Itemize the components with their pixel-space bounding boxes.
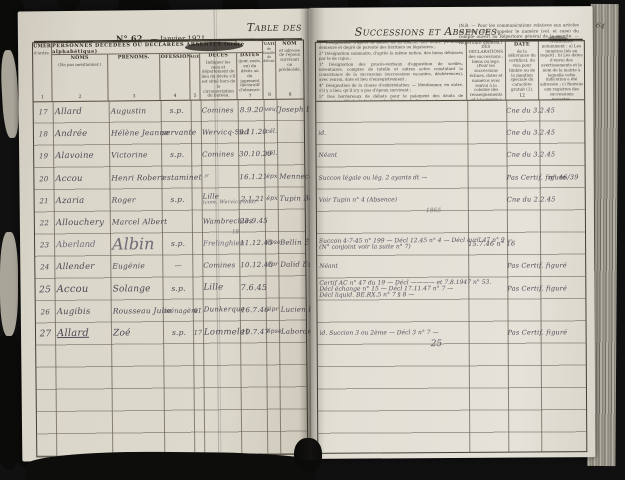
prenoms-cell: Roger: [112, 189, 164, 212]
renseignements-cell: Succon légale ou lég. 2 ayants dt —: [319, 167, 467, 190]
situation-cell: épse: [266, 232, 279, 254]
col-header-observations: OBSERVATIONS. Mentionner notamment : a) …: [539, 41, 584, 99]
row-number: 23: [35, 234, 54, 256]
rens-line: 1° Désignation, d'après la notice de la …: [317, 42, 465, 50]
register-page-right: Successions et Absences. (N.B. — Pour le…: [309, 6, 596, 459]
col-header-lieu: LIEU DU DÉCÈS Indiquer les nom et départ…: [200, 53, 237, 99]
rens-text: id.: [318, 130, 466, 137]
col-header-situation: SITUATION de famille du défunt. 8: [263, 41, 277, 99]
rens-line: 2° Désignation sommaire, d'après la même…: [317, 50, 465, 61]
col-sub: Indiquer les nom et département du lieu …: [201, 60, 235, 99]
table-row: 18 Andrée Hélène Jeanne servante Wervicq…: [34, 121, 304, 146]
lieu-main: Wambrechies: [203, 218, 240, 225]
lieu-cell: Comines: [203, 255, 240, 278]
rens-text: (N° conjoint voir la suite n° 7): [319, 244, 467, 251]
profession-cell: servante: [162, 122, 192, 145]
table-row: Cne du 3.2.45: [316, 99, 584, 123]
certificat-cell: Pas Certif. figure: [507, 166, 540, 188]
rens-line: 4° Désignation de la clause d'exhérédati…: [317, 82, 465, 93]
prenoms-cell: Henri Robert: [111, 167, 163, 190]
lieu-main: Lommelet: [204, 328, 241, 337]
row-number: 20: [34, 168, 53, 190]
col-header-prenoms: PRÉNOMS. 3: [108, 54, 160, 101]
situation-cell: veuf: [265, 99, 278, 121]
stray-year-mark: 1865: [426, 207, 441, 214]
table-row: 19 Alavoine Victorine s.p. Comines 30.10…: [34, 143, 304, 168]
date-cell: 23.9.45: [240, 210, 266, 232]
nom-cell: Accou: [55, 167, 111, 190]
profession-cell: —: [163, 255, 193, 278]
prenoms-cell: Rousseau Julie: [113, 300, 165, 323]
certificat-cell: Cne du 3.2.45: [506, 99, 539, 121]
col-num: 8: [268, 93, 271, 98]
profession-cell: s.p.: [163, 189, 193, 212]
lieu-sup-note: 18: [232, 230, 239, 236]
lieu-main: 〃: [202, 173, 239, 180]
table-row: id. Succion 3 ou 2ème — Décl 3 n° 7 — Pa…: [318, 321, 586, 345]
table-row: 23 Aberland Albin s.p. Frelinghien18 11.…: [35, 232, 305, 257]
date-cell: 9.11.20: [239, 121, 265, 143]
col-num: 12: [519, 94, 525, 99]
table-row: 21 Azaria Roger s.p. Lille(com. Wervicq-…: [35, 187, 305, 212]
certificat-cell: Cne du 3.2.45: [506, 144, 539, 166]
profession-cell: s.p.: [163, 233, 193, 256]
torn-bottom-edge: [26, 451, 316, 480]
row-number: 21: [35, 190, 54, 212]
lieu-cell: Lille(com. Wervicq-Sud): [203, 188, 240, 211]
nom-cell: Andrée: [55, 123, 111, 146]
col-label: PROFESSIONS.: [160, 55, 190, 61]
date-cell: 30.10.20: [239, 143, 265, 165]
profession-cell: s.p.: [162, 100, 192, 123]
register-page-left: N° 62. — Janvier 1921. Table des NUMÉRO …: [18, 8, 315, 461]
spread-title-left: Table des: [247, 21, 302, 35]
situation-cell: épr: [266, 254, 279, 276]
folio-number: 64: [595, 21, 605, 31]
left-table-header: NUMÉRO d'ordre. 1 PERSONNES DÉCÉDÉES OU …: [33, 41, 304, 103]
renseignements-cell: Néant: [319, 255, 467, 278]
table-row: 17 Allard Augustin s.p. Comines 8.9.20 v…: [34, 99, 304, 124]
lieu-cell: Lommelet: [204, 321, 241, 344]
paper-sliver: [0, 232, 18, 336]
certificat-cell: Pas Certif. figuré: [508, 321, 541, 343]
situation-cell: épse: [267, 321, 280, 343]
rens-line: 3° Désignation des procès-verbaux d'appo…: [317, 61, 465, 82]
lieu-cell: 〃: [202, 166, 239, 189]
col-sub: (Ne pas mentionner.): [58, 62, 101, 67]
renseignements-cell: Succon 4-7-45 n° 199 — Décl 12.45 n° 4 —…: [319, 233, 467, 256]
row-number: 26: [36, 301, 55, 323]
age-cell: 61: [193, 299, 203, 321]
col-label: SITUATION: [263, 42, 277, 46]
date-cell: 2.1.21: [240, 188, 266, 210]
situation-cell: cél.: [265, 143, 278, 165]
right-table-rows: Cne du 3.2.45 id. Cne du 3.2.45 Néant Cn…: [316, 99, 586, 453]
col-header-noms: NOMS (Ne pas mentionner.) 2: [52, 55, 108, 102]
nom-cell: Augibis: [57, 300, 113, 323]
prenoms-cell: Solange: [112, 278, 164, 301]
lieu-main: Comines: [202, 151, 239, 158]
date-cell: 19.7.47: [241, 321, 267, 343]
lieu-main: Frelinghien: [203, 240, 240, 247]
age-cell: 17: [193, 322, 203, 344]
profession-cell: s.p.: [164, 322, 194, 345]
lieu-cell: Comines: [202, 144, 239, 167]
col-header-dates: DATES (jour, mois, an) du décès ou du ju…: [237, 53, 263, 99]
date-cell: 10.12.45: [240, 254, 266, 276]
left-table-rows: 17 Allard Augustin s.p. Comines 8.9.20 v…: [34, 99, 308, 457]
certificat-cell: Cne du 2.2.45: [507, 188, 540, 210]
declaration-cell: 15.7.46 n° 16: [468, 233, 507, 255]
lieu-cell: Dunkerque: [204, 299, 241, 322]
certificat-cell: Cne du 3.2.45: [506, 122, 539, 144]
col-num: 3: [133, 94, 136, 99]
col-header-professions: PROFESSIONS. 4: [160, 54, 190, 100]
table-row: Néant Pas Certif. figuré: [317, 255, 585, 279]
lieu-sub: (com. Wervicq-Sud): [203, 200, 240, 205]
certificat-cell: Pas Certif. figuré: [507, 255, 540, 277]
row-number: 27: [36, 323, 55, 345]
prenoms-cell: Victorine: [111, 144, 163, 167]
situation-cell: épx: [266, 188, 279, 210]
col-sub: DES DÉCLARATIONS des successions ; biens…: [468, 45, 504, 100]
renseignements-cell: id.: [318, 122, 466, 145]
nom-cell: Allard: [55, 101, 111, 124]
col-num: 1: [41, 95, 44, 100]
prenoms-cell: Eugénie: [112, 255, 164, 278]
table-row: Succon 4-7-45 n° 199 — Décl 12.45 n° 4 —…: [317, 232, 585, 256]
prenoms-cell: Zoé: [113, 322, 165, 345]
col-label: NUMÉRO: [33, 44, 53, 50]
prenoms-cell: Hélène Jeanne: [111, 122, 163, 145]
title-fragment: Table des: [247, 21, 302, 35]
col-header-renseignements: RENSEIGNEMENTS DIVERS. 1° Désignation, d…: [316, 42, 467, 101]
table-row: Voir Tupin n° 4 (Absence) Cne du 2.2.45: [317, 188, 585, 212]
row-number: 25: [35, 279, 54, 301]
lieu-cell: Wervicq-Sud: [202, 121, 239, 144]
lieu-main: Wervicq-Sud: [202, 129, 239, 136]
nom-cell: Azaria: [56, 189, 112, 212]
col-num: 9: [289, 93, 292, 98]
certificat-cell: Pas Certif. figuré: [507, 277, 540, 299]
col-label: NOMS: [71, 56, 89, 62]
situation-cell: épr: [267, 299, 280, 321]
col-num: 4: [174, 94, 177, 99]
date-cell: 8.9.20: [239, 99, 265, 121]
col-label: NOM: [282, 42, 297, 48]
table-row: Succon légale ou lég. 2 ayants dt — Pas …: [317, 166, 585, 190]
binding-shadow: [299, 6, 325, 460]
date-cell: 16.1.21: [239, 166, 265, 188]
profession-cell: s.p.: [162, 144, 192, 167]
lieu-main: Comines: [203, 262, 240, 269]
right-table: RENSEIGNEMENTS DIVERS. 1° Désignation, d…: [315, 40, 588, 454]
left-table: NUMÉRO d'ordre. 1 PERSONNES DÉCÉDÉES OU …: [32, 40, 308, 458]
prenoms-cell: Albin: [112, 233, 164, 256]
row-number: 19: [34, 146, 53, 168]
table-row: 20 Accou Henri Robert estaminet 〃 16.1.2…: [34, 165, 304, 190]
col-header-certificat: DATE de la délivrance du certificat, du …: [506, 41, 539, 99]
table-row: id. Cne du 3.2.45: [316, 121, 584, 145]
col-num: 5: [194, 94, 197, 99]
table-row: 25 Accou Solange s.p. Lille 7.6.45: [35, 276, 305, 301]
renseignements-cell: id. Succion 3 ou 2ème — Décl 3 n° 7 —: [320, 322, 468, 345]
row-number: 17: [34, 101, 53, 123]
col-sub: d'ordre.: [34, 51, 50, 56]
observations-cell: n° 46/39: [540, 166, 588, 188]
row-number: 24: [35, 257, 54, 279]
lieu-cell: Frelinghien18: [203, 232, 240, 255]
rens-text: Voir Tupin n° 4 (Absence): [319, 197, 467, 204]
rens-text: Décl liquid. BE.RX.5 n° 7 § 8 —: [319, 292, 467, 299]
rens-text: Néant: [319, 152, 467, 159]
lieu-cell: Comines: [202, 99, 239, 122]
prenoms-cell: Augustin: [111, 100, 163, 123]
nom-cell: Accou: [56, 278, 112, 301]
situation-cell: épx: [265, 165, 278, 187]
nom-cell: Allard: [57, 323, 113, 346]
nom-cell: Allouchery: [56, 212, 112, 235]
col-sub: Mentionner notamment : a) Les numéros li…: [540, 41, 583, 99]
renseignements-cell: Certif AC n° 47 du 19 — Décl ———— et 7.8…: [319, 278, 467, 301]
profession-cell: estaminet: [162, 166, 192, 189]
col-header-age: ÂGE 5: [190, 54, 200, 100]
row-number: 18: [34, 123, 53, 145]
right-table-header: RENSEIGNEMENTS DIVERS. 1° Désignation, d…: [316, 41, 584, 102]
torn-edge-blob: [58, 0, 80, 10]
renseignements-cell: Voir Tupin n° 4 (Absence): [319, 189, 467, 212]
prenoms-cell: Marcel Albert: [112, 211, 164, 234]
date-cell: 7.6.45: [240, 277, 266, 299]
col-num: 2: [79, 95, 82, 100]
rens-text: Néant: [319, 263, 467, 270]
stray-pencil-number: 25: [431, 339, 443, 349]
date-cell: 16.7.46: [241, 299, 267, 321]
col-sub: de famille du défunt.: [263, 47, 275, 63]
col-sub: de la délivrance du certificat, du visa …: [507, 49, 537, 92]
lieu-main: Dunkerque: [204, 307, 241, 314]
col-sub: (jour, mois, an) du décès ou du jugement…: [238, 59, 261, 93]
col-header-declarations: DATES ET NUMÉRO DES DÉCLARATIONS des suc…: [467, 42, 506, 100]
rens-text: id. Succion 3 ou 2ème — Décl 3 n° 7 —: [320, 330, 468, 337]
table-row: 27 Allard Zoé s.p. 17 Lommelet 19.7.47 é…: [36, 321, 306, 346]
col-label: DATE: [514, 43, 530, 49]
table-row: 22 Allouchery Marcel Albert Wambrechies …: [35, 210, 305, 235]
profession-cell: s.p.: [163, 277, 193, 300]
col-header-numero: NUMÉRO d'ordre. 1: [33, 43, 53, 101]
lieu-main: Comines: [202, 107, 239, 114]
lieu-main: Lille: [204, 284, 241, 293]
row-number: 22: [35, 212, 54, 234]
table-row: Certif AC n° 47 du 19 — Décl ———— et 7.8…: [317, 277, 585, 301]
date-cell: 11.12.45: [240, 232, 266, 254]
nom-cell: Aberland: [56, 234, 112, 257]
table-row: 26 Augibis Rousseau Julie ménagère 61 Du…: [36, 298, 306, 323]
nom-cell: Alavoine: [55, 145, 111, 168]
lieu-cell: Lille: [203, 277, 240, 300]
col-label: ÂGE: [190, 55, 199, 59]
nom-cell: Allender: [56, 256, 112, 279]
table-row: 24 Allender Eugénie — Comines 10.12.45 é…: [35, 254, 305, 279]
col-label: PRÉNOMS.: [118, 55, 150, 61]
scanned-register-spread: N° 62. — Janvier 1921. Table des NUMÉRO …: [0, 0, 625, 480]
renseignements-cell: Néant: [318, 144, 466, 167]
rens-text: Succon légale ou lég. 2 ayants dt —: [319, 175, 467, 182]
situation-cell: cél.: [265, 121, 278, 143]
table-row: Néant Cne du 3.2.45: [316, 144, 584, 168]
profession-cell: ménagère: [164, 300, 194, 323]
